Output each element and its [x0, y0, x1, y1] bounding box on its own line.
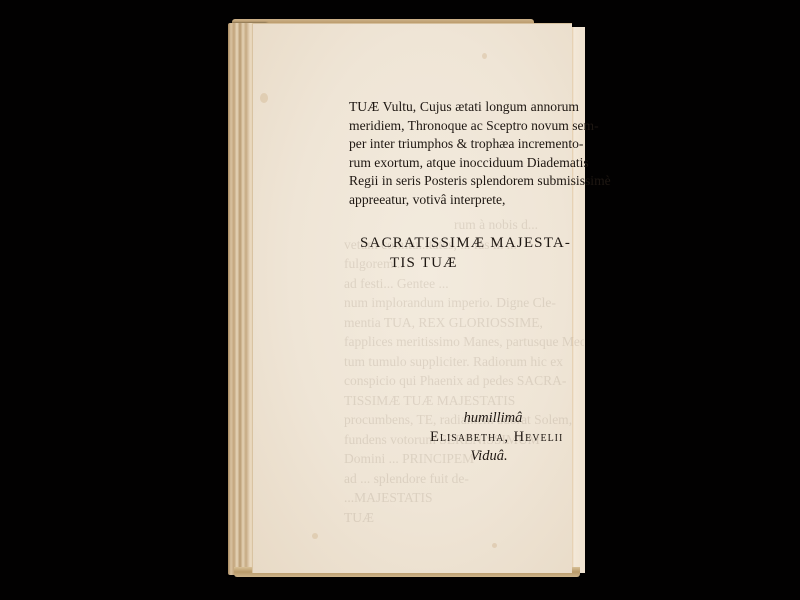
paragraph-line: per inter triumphos & trophæa incremento…: [349, 135, 579, 154]
book: rum à nobis d... vetum comitu...tates, .…: [226, 19, 588, 581]
show-through-line: tum tumulo suppliciter. Radiorum hic ex: [344, 352, 584, 372]
paragraph-line: appreeatur, votivâ interprete,: [349, 191, 579, 210]
signature-name: Elisabetha, Hevelii: [360, 428, 590, 447]
show-through-line: fapplices meritissimo Manes, partusque M…: [344, 332, 584, 352]
paragraph-line: meridiem, Thronoque ac Sceptro novum sem…: [349, 117, 579, 136]
book-page: rum à nobis d... vetum comitu...tates, .…: [252, 23, 572, 573]
paragraph-line: Regii in seris Posteris splendorem submi…: [349, 172, 579, 191]
show-through-line: mentia TUA, REX GLORIOSSIME,: [344, 313, 584, 333]
signature-vidua: Viduâ.: [360, 447, 590, 466]
signature-humillima: humillimâ: [360, 409, 590, 428]
foxing-spot: [492, 543, 497, 548]
foxing-spot: [260, 93, 268, 103]
show-through-line: rum à nobis d...: [344, 215, 584, 235]
show-through-line: ...MAJESTATIS: [344, 488, 584, 508]
salutation: SACRATISSIMÆ MAJESTA- TIS TUÆ: [360, 233, 580, 273]
show-through-line: ad festi... Gentee ...: [344, 274, 584, 294]
foxing-spot: [312, 533, 318, 539]
paragraph-line: TUÆ Vultu, Cujus ætati longum annorum: [349, 98, 579, 117]
show-through-line: TISSIMÆ TUÆ MAJESTATIS: [344, 391, 584, 411]
signature-block: humillimâ Elisabetha, Hevelii Viduâ.: [360, 409, 590, 466]
foxing-spot: [482, 53, 487, 59]
salutation-line-1: SACRATISSIMÆ MAJESTA-: [360, 233, 580, 253]
paragraph-line: rum exortum, atque inocciduum Diadematis: [349, 154, 579, 173]
salutation-line-2: TIS TUÆ: [360, 253, 580, 273]
show-through-line: conspicio qui Phaenix ad pedes SACRA-: [344, 371, 584, 391]
show-through-line: ad ... splendore fuit de-: [344, 469, 584, 489]
show-through-line: num implorandum imperio. Digne Cle-: [344, 293, 584, 313]
show-through-line: TUÆ: [344, 508, 584, 528]
dedication-paragraph: TUÆ Vultu, Cujus ætati longum annorum me…: [349, 98, 579, 210]
